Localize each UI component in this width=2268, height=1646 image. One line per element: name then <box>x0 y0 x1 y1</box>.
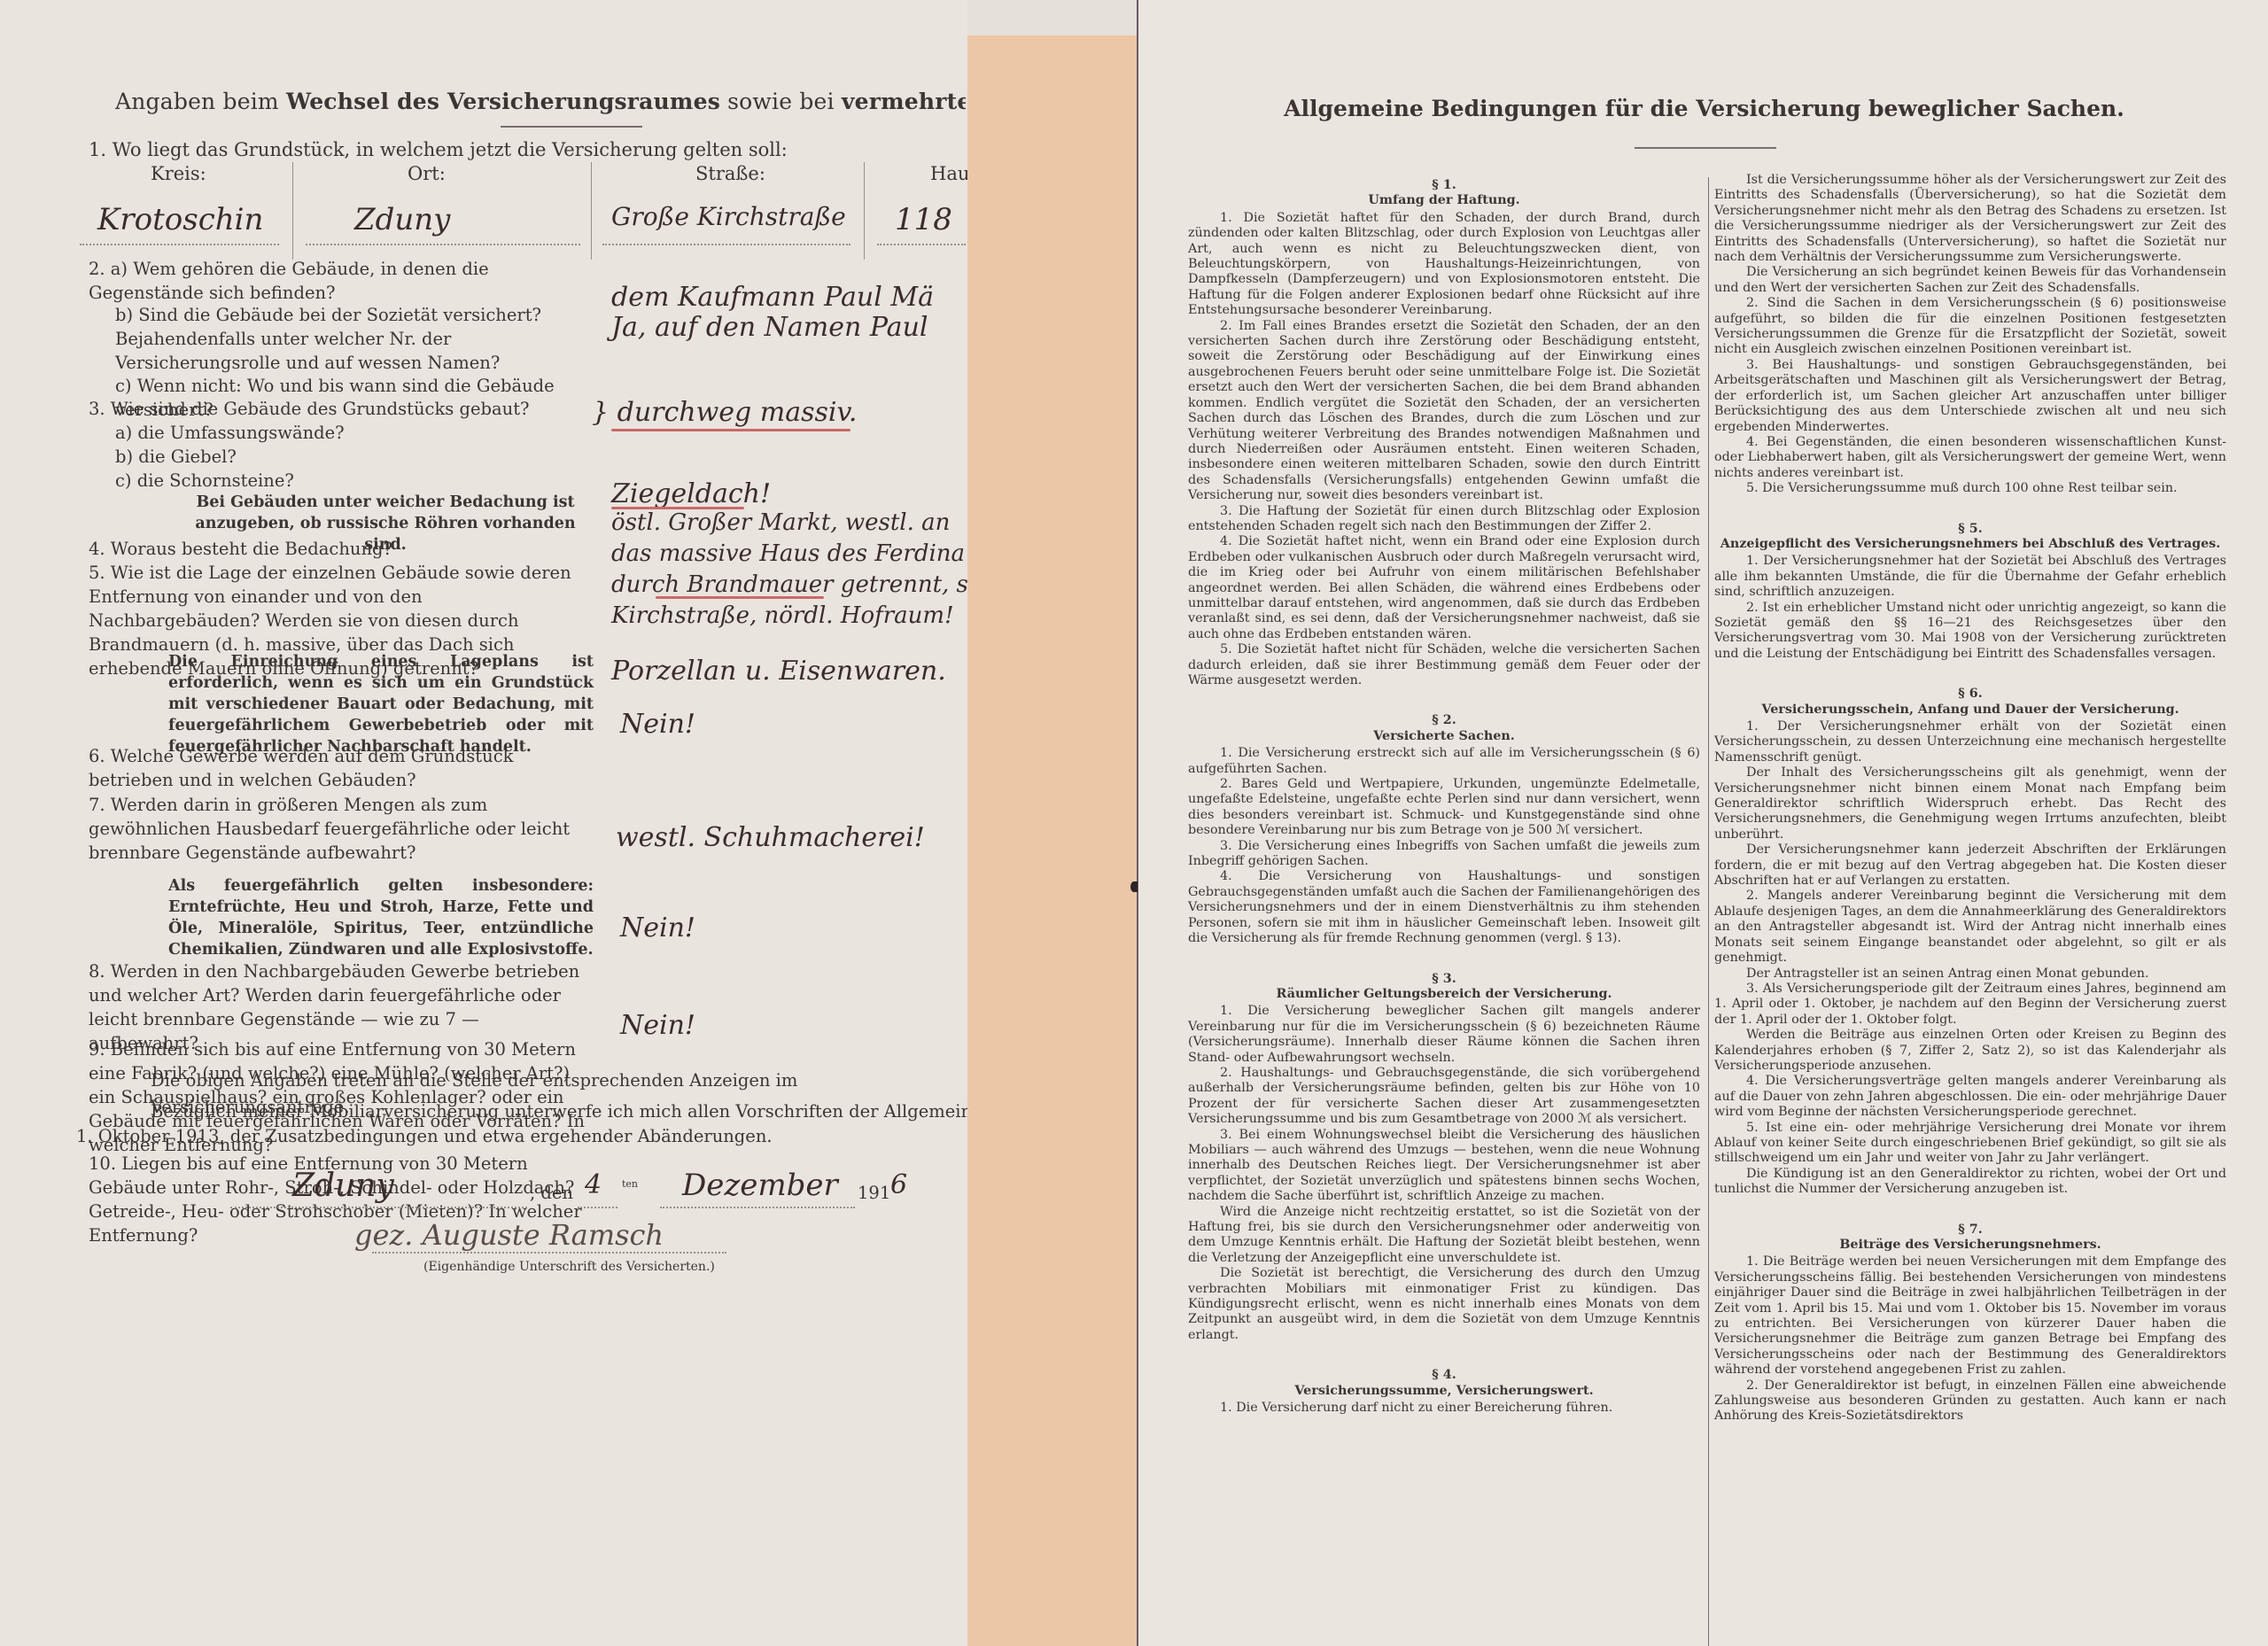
binding-hole <box>1130 881 1138 892</box>
signature-day: 4 <box>585 1169 602 1200</box>
dotted-line <box>80 244 279 245</box>
conditions-column-right: Ist die Versicherungssumme höher als der… <box>1714 173 2226 1425</box>
section-paragraph: Die Kündigung ist an den Generaldirektor… <box>1714 1167 2226 1198</box>
section-number: § 5. <box>1714 522 2226 537</box>
conditions-title: Allgemeine Bedingungen für die Versicher… <box>1138 96 2268 121</box>
section-paragraph: 3. Die Haftung der Sozietät für einen du… <box>1188 504 1700 535</box>
question-3: 3. Wie sind die Gebäude des Grundstücks … <box>89 397 585 421</box>
section-paragraph: 4. Die Versicherung von Haushaltungs- un… <box>1188 869 1700 946</box>
section-paragraph: 2. Ist ein erheblicher Umstand nicht ode… <box>1714 601 2226 663</box>
section-paragraph: 1. Der Versicherungsnehmer hat der Sozie… <box>1714 554 2226 600</box>
column-divider <box>591 162 592 260</box>
answer-9: Nein! <box>620 912 695 943</box>
title-part-bold: vermehrter Feuergefährl <box>842 89 966 114</box>
section-number: § 7. <box>1714 1223 2226 1238</box>
section-paragraph: 3. Als Versicherungsperiode gilt der Zei… <box>1714 982 2226 1028</box>
dotted-line <box>660 1207 855 1208</box>
signature-caption: (Eigenhändige Unterschrift des Versicher… <box>423 1260 715 1274</box>
section-paragraph: 2. Der Generaldirektor ist befugt, in ei… <box>1714 1378 2226 1425</box>
signature-year-prefix: 191 <box>858 1180 890 1207</box>
dotted-line <box>877 244 966 245</box>
value-ort: Zduny <box>354 202 450 237</box>
section-paragraph: 5. Die Versicherungssumme muß durch 100 … <box>1714 481 2226 496</box>
signature-year-suffix: 6 <box>890 1169 907 1200</box>
column-divider <box>1708 177 1709 1646</box>
signature-day-suffix: ten <box>622 1178 638 1190</box>
section-paragraph: 2. Bares Geld und Wertpapiere, Urkunden,… <box>1188 777 1700 839</box>
question-3b: b) die Giebel? <box>115 445 611 469</box>
answer-5-line-1: östl. Großer Markt, westl. an <box>611 509 950 536</box>
section-title: Räumlicher Geltungsbereich der Versicher… <box>1188 987 1700 1002</box>
signature-signer: gez. Auguste Ramsch <box>354 1218 664 1252</box>
section-paragraph: 1. Die Versicherung beweglicher Sachen g… <box>1188 1004 1700 1066</box>
section-paragraph: 1. Die Versicherung erstreckt sich auf a… <box>1188 746 1700 777</box>
question-2b: b) Sind die Gebäude bei der Sozietät ver… <box>115 303 594 375</box>
value-hausnummer: 118 <box>895 202 952 237</box>
section-paragraph: Die Versicherung an sich begründet keine… <box>1714 265 2226 296</box>
section-paragraph: 2. Sind die Sachen in dem Versicherungss… <box>1714 296 2226 358</box>
section-title: Beiträge des Versicherungsnehmers. <box>1714 1238 2226 1253</box>
section-paragraph: Die Sozietät ist berechtigt, die Versich… <box>1188 1266 1700 1343</box>
answer-3: } durchweg massiv. <box>592 397 857 428</box>
section-title: Versicherungsschein, Anfang und Dauer de… <box>1714 703 2226 718</box>
title-rule <box>501 126 642 128</box>
question-3c: c) die Schornsteine? <box>115 469 611 493</box>
section-paragraph: Werden die Beiträge aus einzelnen Orten … <box>1714 1028 2226 1074</box>
section-paragraph: 1. Die Beiträge werden bei neuen Versich… <box>1714 1254 2226 1378</box>
label-ort: Ort: <box>408 163 446 184</box>
column-divider <box>864 162 865 260</box>
label-kreis: Kreis: <box>151 163 206 184</box>
answer-2a: dem Kaufmann Paul Mä <box>611 282 934 313</box>
section-number: § 1. <box>1188 178 1700 193</box>
section-paragraph: 2. Haushaltungs- und Gebrauchsgegenständ… <box>1188 1066 1700 1128</box>
section-paragraph: 5. Die Sozietät haftet nicht für Schäden… <box>1188 642 1700 688</box>
section-title: Versicherte Sachen. <box>1188 729 1700 744</box>
closing-line-2: Bezüglich meiner Mobiliarversicherung un… <box>151 1099 1050 1125</box>
title-part: sowie bei <box>720 89 842 114</box>
section-paragraph: Ist die Versicherungssumme höher als der… <box>1714 173 2226 265</box>
answer-8: westl. Schuhmacherei! <box>616 822 925 853</box>
question-4: 4. Woraus besteht die Bedachung? <box>89 537 585 561</box>
section-number: § 3. <box>1188 972 1700 987</box>
paper-strip <box>967 35 1137 1646</box>
answer-5-line-2: das massive Haus des Ferdina <box>611 540 965 567</box>
section-paragraph: 3. Die Versicherung eines Inbegriffs von… <box>1188 839 1700 870</box>
signature-place: Zduny <box>292 1168 394 1204</box>
section-paragraph: 5. Ist eine ein- oder mehrjährige Versic… <box>1714 1121 2226 1167</box>
section-paragraph: Wird die Anzeige nicht rechtzeitig ersta… <box>1188 1205 1700 1267</box>
section-paragraph: 1. Der Versicherungsnehmer erhält von de… <box>1714 719 2226 765</box>
section-number: § 4. <box>1188 1368 1700 1383</box>
column-divider <box>292 162 293 260</box>
section-paragraph: 4. Bei Gegenständen, die einen besondere… <box>1714 435 2226 481</box>
question-6: 6. Welche Gewerbe werden auf dem Grundst… <box>89 744 585 792</box>
closing-line-3: 1. Oktober 1913, der Zusatzbedingungen u… <box>76 1123 773 1150</box>
section-gap <box>1714 662 2226 681</box>
signature-month: Dezember <box>682 1168 838 1203</box>
section-paragraph: 4. Die Sozietät haftet nicht, wenn ein B… <box>1188 534 1700 642</box>
answer-4: Ziegeldach! <box>611 478 771 509</box>
value-kreis: Krotoschin <box>97 202 263 237</box>
section-gap <box>1188 688 1700 708</box>
form-page-left: Angaben beim Wechsel des Versicherungsra… <box>0 0 967 1646</box>
answer-7: Nein! <box>620 709 695 740</box>
signature-den: , den <box>530 1180 573 1207</box>
question-2a: 2. a) Wem gehören die Gebäude, in denen … <box>89 257 585 305</box>
section-paragraph: 2. Mangels anderer Vereinbarung beginnt … <box>1714 889 2226 966</box>
answer-5-line-4: Kirchstraße, nördl. Hofraum! <box>611 602 954 629</box>
answer-2b: Ja, auf den Namen Paul <box>611 312 928 343</box>
dotted-line <box>372 1252 726 1254</box>
form-title: Angaben beim Wechsel des Versicherungsra… <box>115 89 966 114</box>
section-paragraph: Der Inhalt des Versicherungsscheins gilt… <box>1714 765 2226 842</box>
title-part: Angaben beim <box>115 89 286 114</box>
title-part-bold: Wechsel des Versicherungsraumes <box>286 89 720 114</box>
section-title: Versicherungssumme, Versicherungswert. <box>1188 1384 1700 1399</box>
red-underline <box>611 429 850 431</box>
answer-10: Nein! <box>620 1010 695 1041</box>
value-strasse: Große Kirchstraße <box>611 202 846 231</box>
dotted-line <box>230 1207 527 1208</box>
conditions-column-left: § 1.Umfang der Haftung.1. Die Sozietät h… <box>1188 173 1700 1416</box>
section-gap <box>1714 1198 2226 1217</box>
section-paragraph: 2. Im Fall eines Brandes ersetzt die Soz… <box>1188 319 1700 504</box>
section-paragraph: 3. Bei einem Wohnungswechsel bleibt die … <box>1188 1128 1700 1205</box>
section-gap <box>1188 1343 1700 1363</box>
section-title: Anzeigepflicht des Versicherungsnehmers … <box>1714 537 2226 552</box>
section-gap <box>1188 947 1700 967</box>
section-gap <box>1714 497 2226 516</box>
red-underline <box>656 596 824 599</box>
section-paragraph: 4. Die Versicherungsverträge gelten mang… <box>1714 1074 2226 1120</box>
note-flammable: Als feuergefährlich gelten insbesondere:… <box>168 875 594 960</box>
section-paragraph: 1. Die Versicherung darf nicht zu einer … <box>1188 1401 1700 1416</box>
dotted-line <box>306 244 580 245</box>
label-hausnummer: Hau <box>930 163 969 184</box>
conditions-page-right: Allgemeine Bedingungen für die Versicher… <box>1137 0 2268 1646</box>
answer-6: Porzellan u. Eisenwaren. <box>611 656 946 687</box>
label-strasse: Straße: <box>695 163 765 184</box>
section-paragraph: Der Antragsteller ist an seinen Antrag e… <box>1714 967 2226 982</box>
dotted-line <box>602 244 850 245</box>
section-number: § 2. <box>1188 713 1700 728</box>
note-site-plan: Die Einreichung eines Lageplans ist erfo… <box>168 651 594 757</box>
answer-5-line-3: durch Brandmauer getrennt, s <box>611 571 968 598</box>
section-title: Umfang der Haftung. <box>1188 193 1700 208</box>
dotted-line <box>578 1207 617 1208</box>
question-1: 1. Wo liegt das Grundstück, in welchem j… <box>89 139 788 160</box>
section-paragraph: Der Versicherungsnehmer kann jederzeit A… <box>1714 842 2226 889</box>
question-7: 7. Werden darin in größeren Mengen als z… <box>89 793 585 865</box>
section-number: § 6. <box>1714 687 2226 702</box>
question-3a: a) die Umfassungswände? <box>115 421 611 445</box>
title-rule <box>1635 147 1776 149</box>
section-paragraph: 3. Bei Haushaltungs- und sonstigen Gebra… <box>1714 358 2226 435</box>
background-edge <box>967 0 1137 35</box>
section-paragraph: 1. Die Sozietät haftet für den Schaden, … <box>1188 211 1700 319</box>
